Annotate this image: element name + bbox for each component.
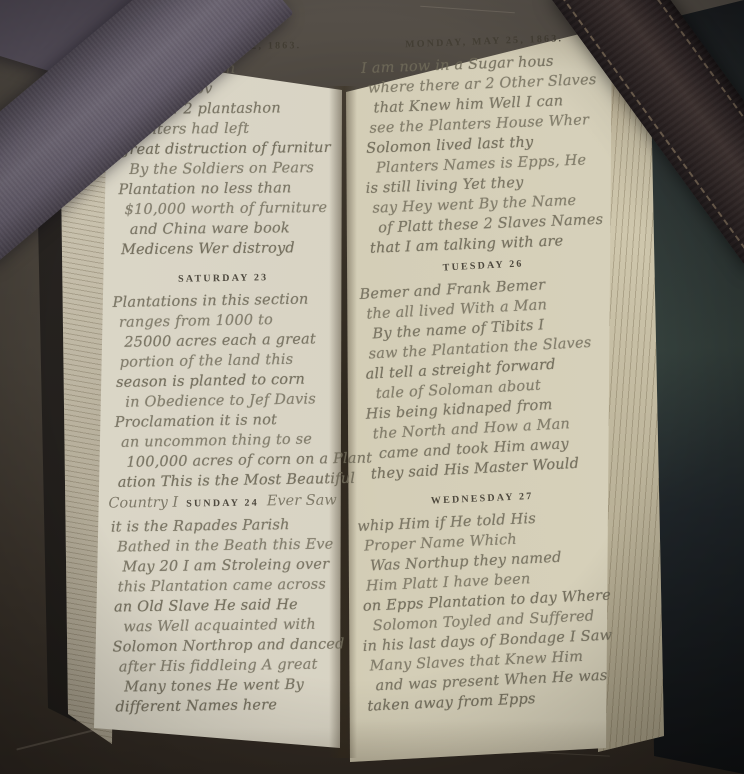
handwriting-left-of-header: Country I	[108, 495, 178, 512]
entry-monday-may-25: MONDAY, MAY 25, 1863. I am now in a Suga…	[360, 30, 616, 258]
entry-saturday-23: SATURDAY 23 Plantations in this sectionr…	[112, 270, 338, 493]
handwriting-line: different Names here	[115, 694, 337, 717]
handwritten-entry-text: whip Him if He told HisProper Name Which…	[357, 506, 618, 717]
handwriting-line: ation This is the Most Beautiful	[118, 469, 338, 493]
handwriting-line: Medicens Wer distroyd	[121, 238, 337, 260]
photo-scene: FRIDAY, MAY 22, 1863. 19 Remained indid …	[0, 0, 744, 774]
handwritten-entry-text: Bemer and Frank Bemerthe all lived With …	[359, 272, 619, 485]
entry-tuesday-26: TUESDAY 26 Bemer and Frank Bemerthe all …	[358, 253, 619, 485]
handwriting-right-of-header: Ever Saw	[267, 492, 337, 509]
handwritten-entry-text: Plantations in this sectionranges from 1…	[112, 289, 337, 493]
handwriting-line: great distruction of furnitur	[120, 138, 336, 160]
handwriting-line: and China ware book	[130, 218, 337, 240]
printed-date-header: SUNDAY 24	[186, 497, 259, 512]
handwriting-line: By the Soldiers on Pears	[129, 158, 336, 180]
header-row-with-handwriting: Country I SUNDAY 24 Ever Saw	[110, 492, 334, 512]
handwritten-entry-text: I am now in a Sugar houswhere there ar 2…	[361, 49, 616, 258]
handwriting-line: Plantation no less than	[118, 178, 336, 200]
handwriting-line: $10,000 worth of furniture	[125, 198, 337, 220]
printed-date-header: SATURDAY 23	[112, 270, 334, 288]
table-scratch	[420, 6, 515, 14]
handwritten-entry-text: it is the Rapades ParishBathed in the Be…	[111, 514, 338, 717]
entry-sunday-24: Country I SUNDAY 24 Ever Saw it is the R…	[110, 492, 337, 717]
entry-wednesday-27: WEDNESDAY 27 whip Him if He told HisProp…	[356, 487, 618, 717]
